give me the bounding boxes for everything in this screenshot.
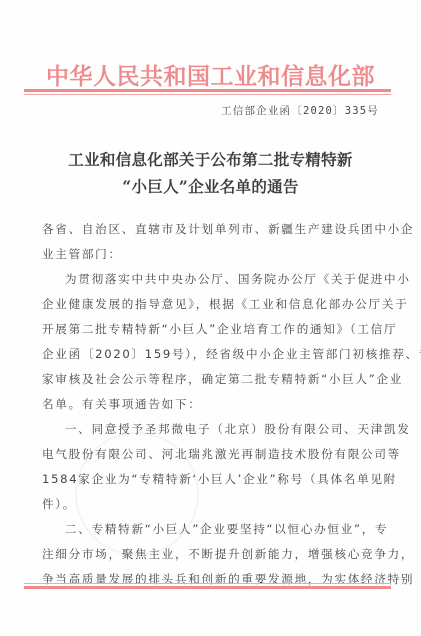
document-title-line2: “小巨人”企业名单的通告 xyxy=(0,175,421,197)
body-line-item2: 二、专精特新“小巨人”企业要坚持“以恒心办恒业”，专 xyxy=(42,517,382,542)
document-page: 中华人民共和国工业和信息化部 工信部企业函〔2020〕335号 工业和信息化部关… xyxy=(0,0,421,636)
body-line: 企业健康发展的指导意见》，根据《工业和信息化部办公厅关于 xyxy=(42,292,382,317)
footer-rule-thin xyxy=(24,583,391,584)
body-line: 企业函〔2020〕159号），经省级中小企业主管部门初核推荐、专 xyxy=(42,342,382,367)
body-line: 1584家企业为“专精特新‘小巨人’企业”称号（具体名单见附 xyxy=(42,467,382,492)
body-line-paragraph1: 为贯彻落实中共中央办公厅、国务院办公厅《关于促进中小 xyxy=(42,267,382,292)
body-line: 件）。 xyxy=(42,492,382,517)
document-number: 工信部企业函〔2020〕335号 xyxy=(221,103,379,118)
body-line: 开展第二批专精特新“小巨人”企业培育工作的通知》（工信厅 xyxy=(42,317,382,342)
body-line: 名单。有关事项通告如下： xyxy=(42,392,382,417)
body-line-addressee-cont: 业主管部门： xyxy=(42,242,382,267)
body-line: 电气股份有限公司、河北瑞兆激光再制造技术股份有限公司等 xyxy=(42,442,382,467)
body-line-addressee: 各省、自治区、直辖市及计划单列市、新疆生产建设兵团中小企 xyxy=(42,217,382,242)
body-line-item1: 一、同意授予圣邦微电子（北京）股份有限公司、天津凯发 xyxy=(42,417,382,442)
document-title-line1: 工业和信息化部关于公布第二批专精特新 xyxy=(0,148,421,170)
masthead-rule-thin xyxy=(24,94,391,95)
issuer-masthead: 中华人民共和国工业和信息化部 xyxy=(0,58,421,91)
document-body: 各省、自治区、直辖市及计划单列市、新疆生产建设兵团中小企 业主管部门： 为贯彻落… xyxy=(42,217,382,592)
body-line: 注细分市场，聚焦主业，不断提升创新能力，增强核心竞争力， xyxy=(42,542,382,567)
body-line: 家审核及社会公示等程序，确定第二批专精特新“小巨人”企业 xyxy=(42,367,382,392)
masthead-rule-thick xyxy=(24,89,391,92)
footer-rule-thick xyxy=(24,586,391,589)
